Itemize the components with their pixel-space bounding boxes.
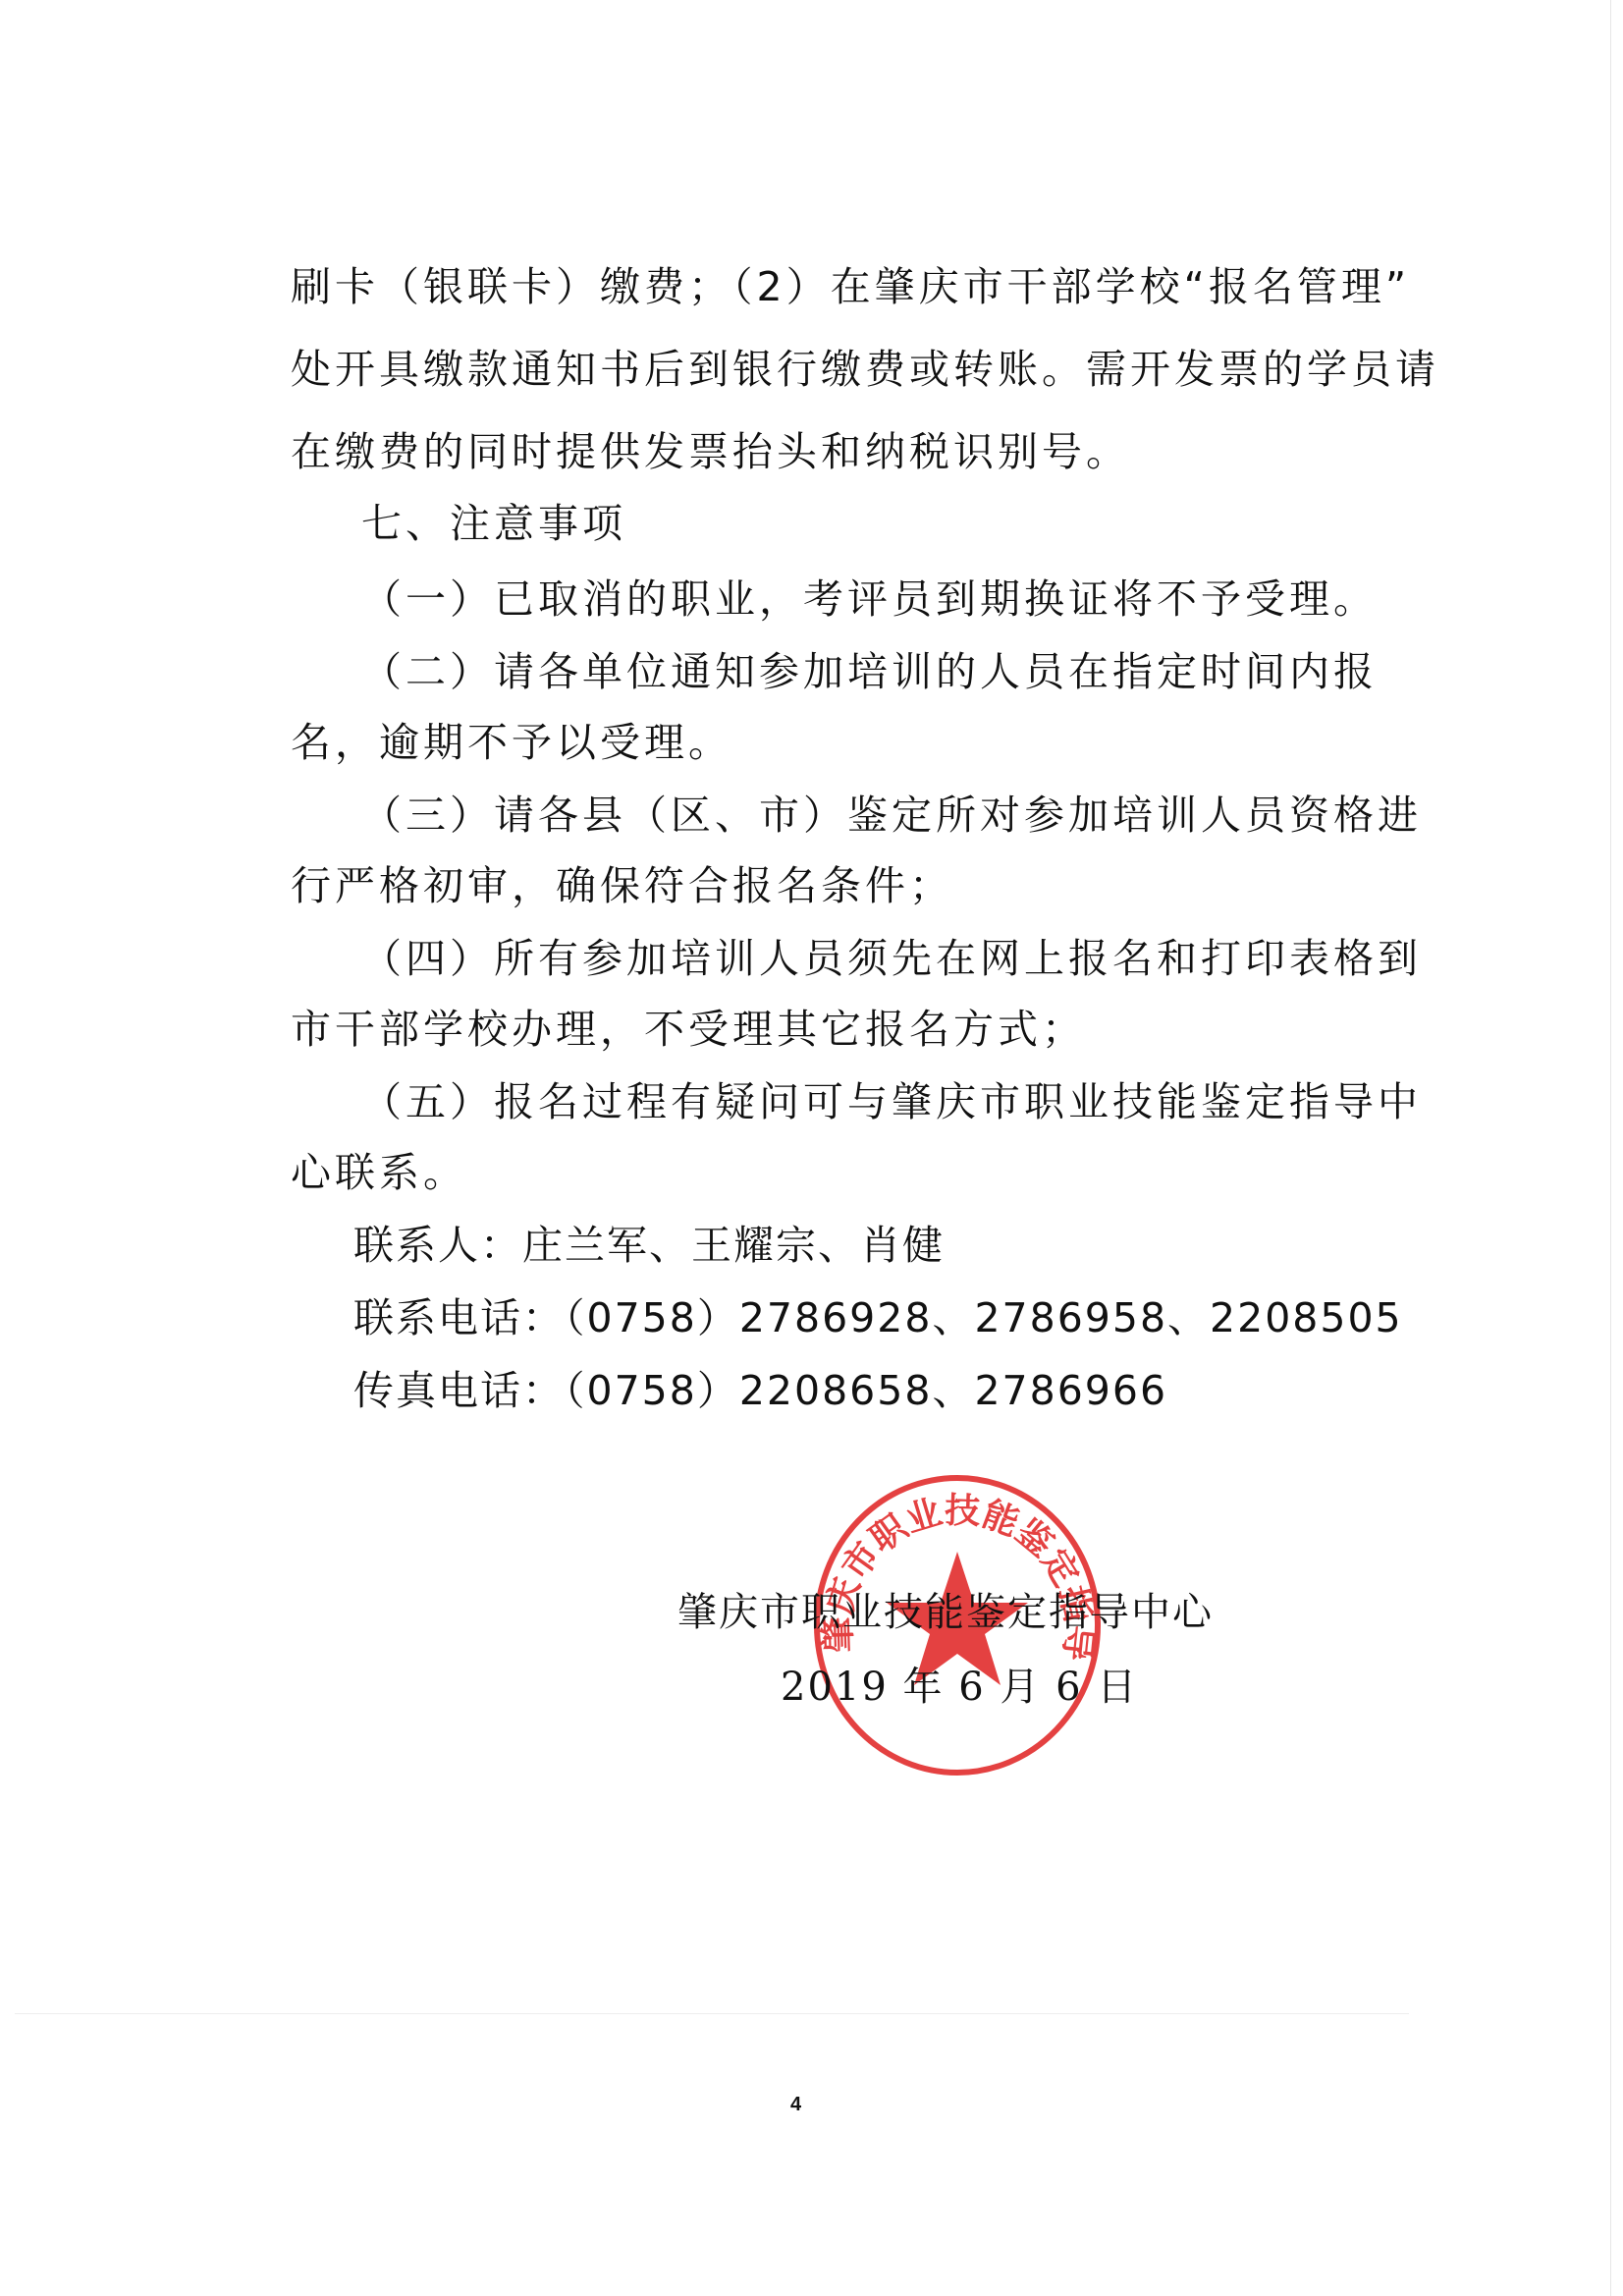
notice-item-5-cont: 心联系。 [291, 1149, 467, 1196]
scan-artifact-line [15, 2013, 1409, 2014]
notice-item-2: （二）请各单位通知参加培训的人员在指定时间内报 [361, 648, 1378, 695]
notice-item-3: （三）请各县（区、市）鉴定所对参加培训人员资格进 [361, 792, 1422, 839]
contact-fax: 传真电话：（0758）2208658、2786966 [353, 1367, 1167, 1414]
page-edge [1610, 0, 1611, 2296]
paragraph-line: 处开具缴款通知书后到银行缴费或转账。需开发票的学员请 [291, 346, 1439, 393]
section-heading: 七、注意事项 [361, 500, 626, 547]
contact-person: 联系人：庄兰军、王耀宗、肖健 [353, 1222, 945, 1269]
paragraph-line: 刷卡（银联卡）缴费；（2）在肇庆市干部学校“报名管理” [291, 263, 1410, 310]
signature-date: 2019 年 6 月 6 日 [781, 1656, 1138, 1712]
contact-phone: 联系电话：（0758）2786928、2786958、2208505 [353, 1294, 1403, 1341]
signature-organization: 肇庆市职业技能鉴定指导中心 [677, 1581, 1214, 1637]
notice-item-2-cont: 名，逾期不予以受理。 [291, 719, 732, 766]
notice-item-3-cont: 行严格初审，确保符合报名条件； [291, 862, 953, 909]
notice-item-5: （五）报名过程有疑问可与肇庆市职业技能鉴定指导中 [361, 1078, 1422, 1125]
paragraph-line: 在缴费的同时提供发票抬头和纳税识别号。 [291, 428, 1130, 475]
page-number: 4 [790, 2094, 801, 2116]
notice-item-4: （四）所有参加培训人员须先在网上报名和打印表格到 [361, 935, 1422, 982]
notice-item-4-cont: 市干部学校办理，不受理其它报名方式； [291, 1006, 1086, 1053]
notice-item-1: （一）已取消的职业，考评员到期换证将不予受理。 [361, 575, 1378, 623]
document-page: 刷卡（银联卡）缴费；（2）在肇庆市干部学校“报名管理” 处开具缴款通知书后到银行… [0, 0, 1623, 2296]
